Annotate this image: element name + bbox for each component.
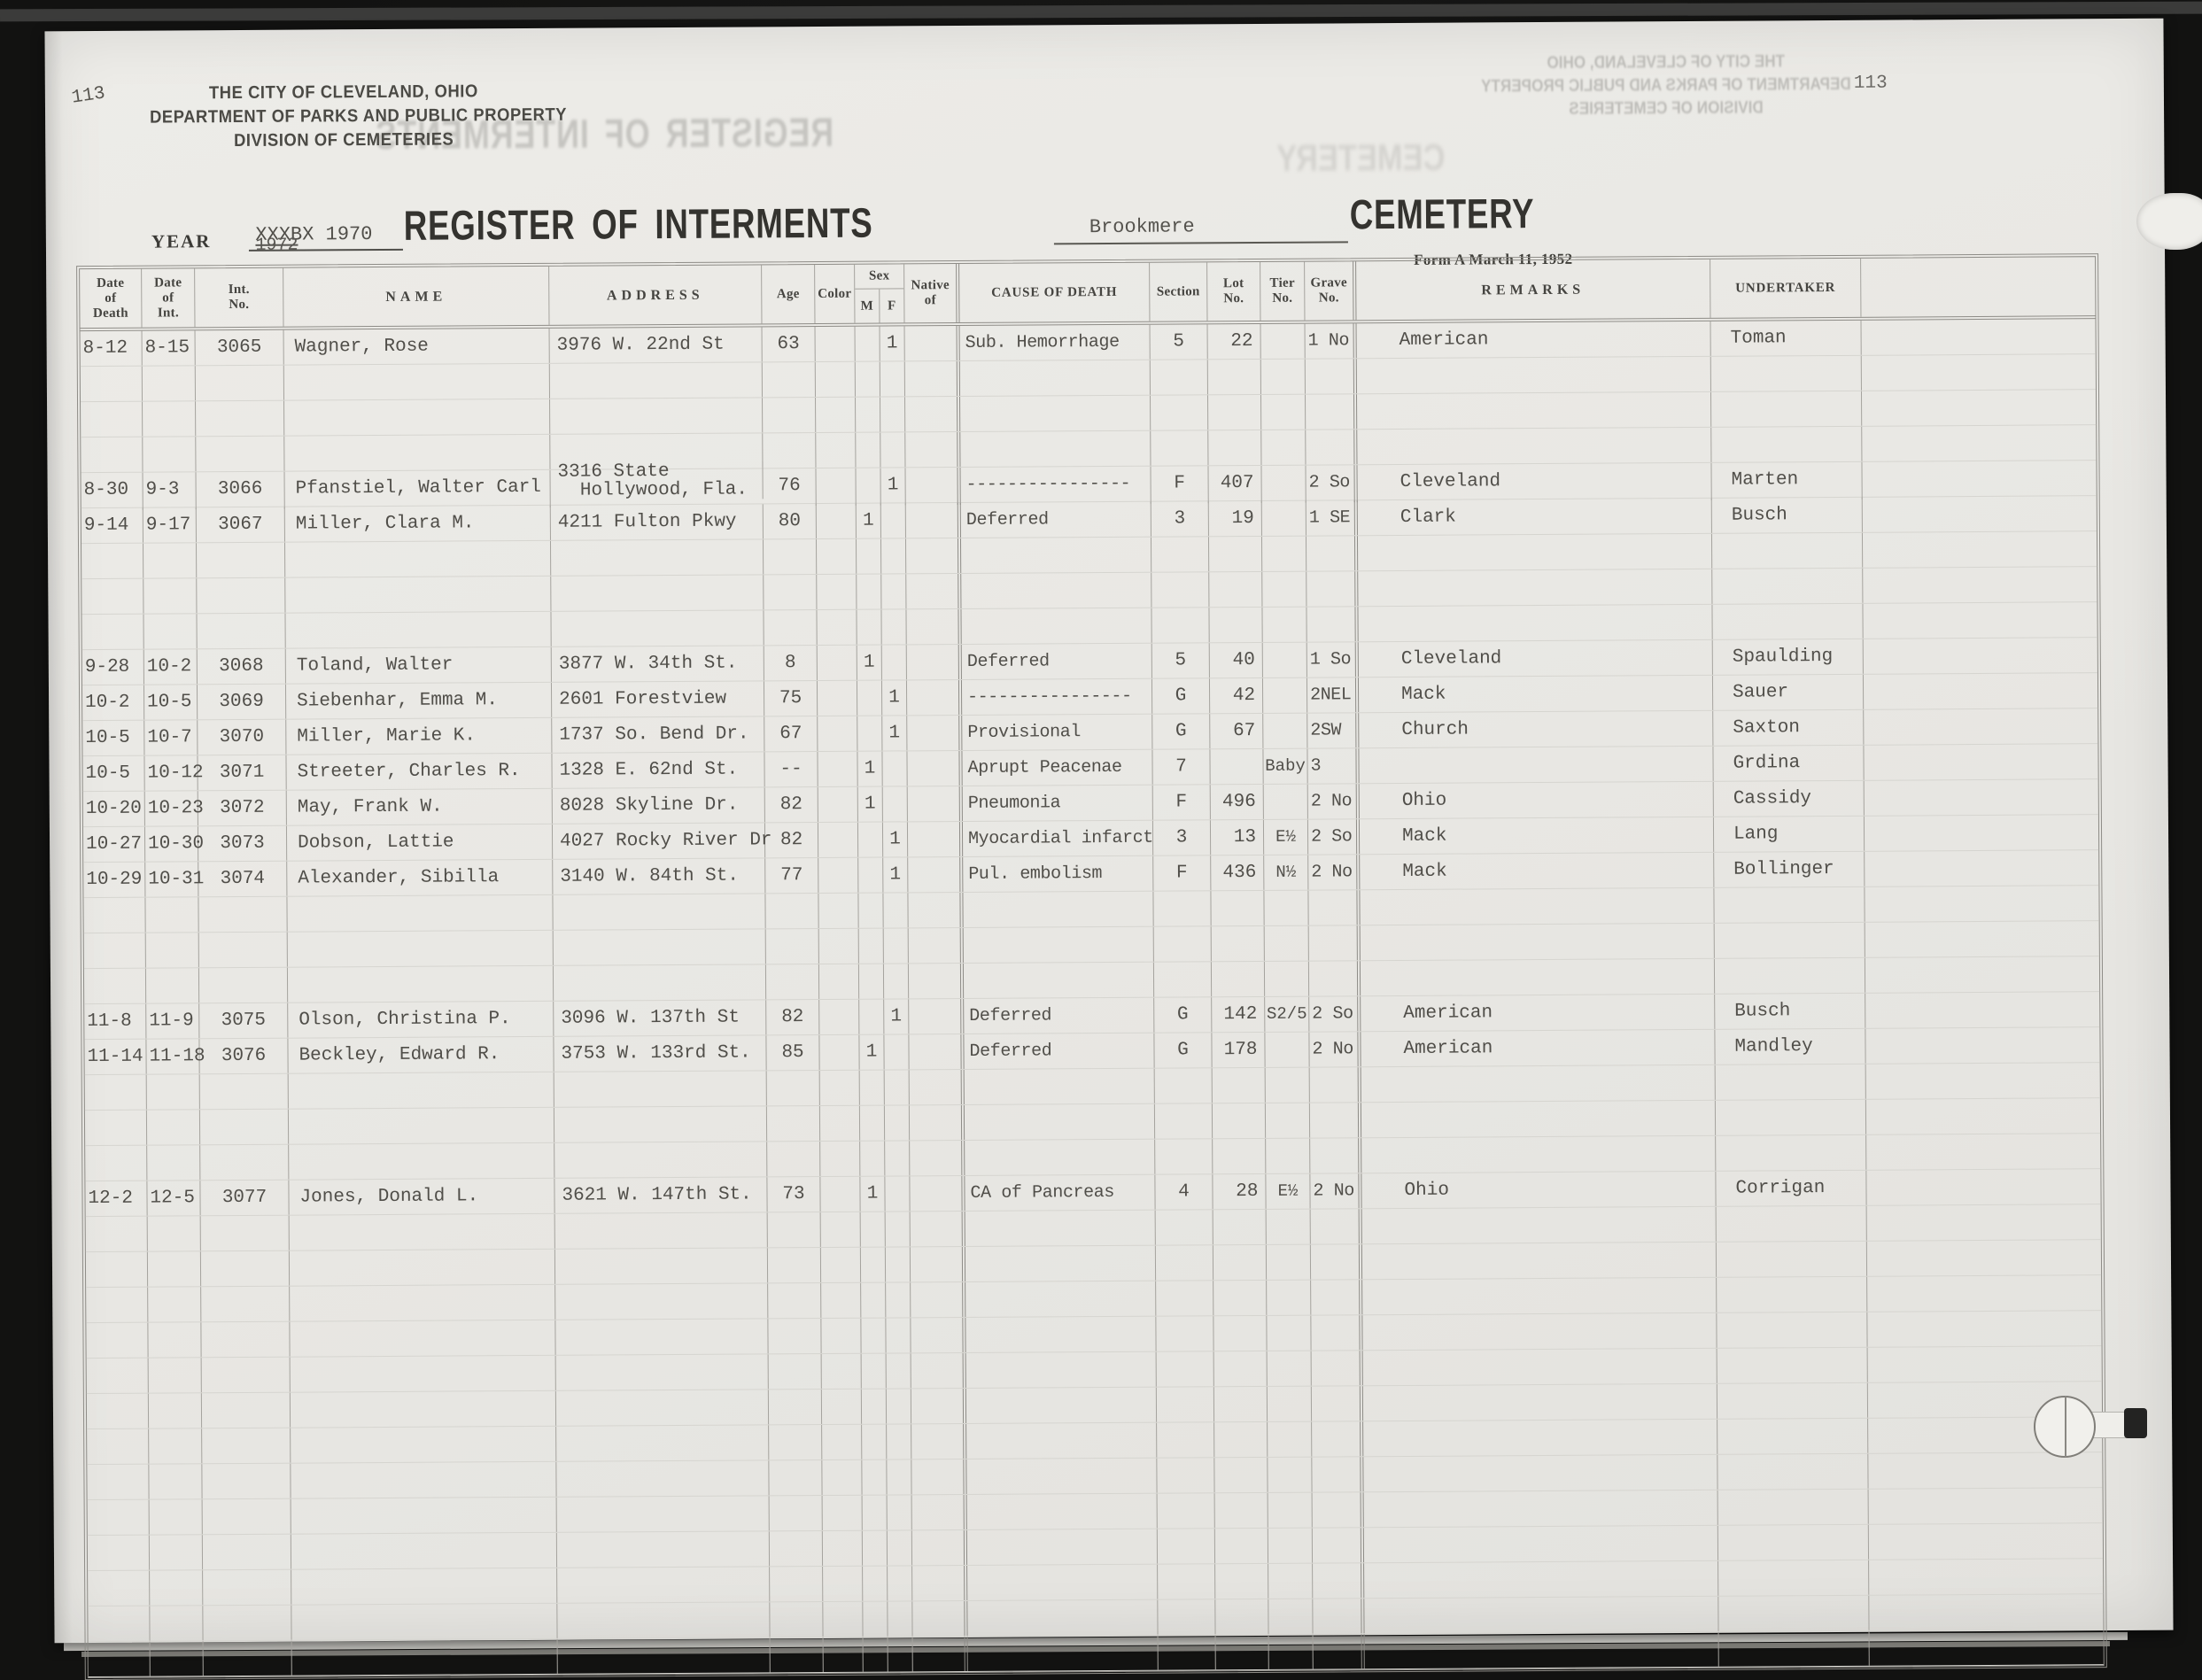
cell-name [292,1639,558,1656]
col-header-remarks: REMARKS [1356,259,1710,320]
cell-sex-f [884,1034,909,1069]
cell-name [285,541,551,577]
cell-address [554,929,766,964]
cell-age [770,1531,823,1566]
cell-tier-no: Baby [1263,749,1307,784]
year-row: YEAR XXXBX 1970 1972 [151,223,403,253]
cell-name [290,1214,555,1250]
cell-tier-no [1268,1564,1313,1599]
cell-date-of-death [81,579,143,614]
cell-tail [1869,1488,2103,1524]
cell-date-of-death [81,437,143,472]
cell-sex-m [861,1212,886,1247]
cell-tail [1867,1311,2101,1347]
agency-letterhead: THE CITY OF CLEVELAND, OHIO DEPARTMENT O… [150,80,538,154]
cell-grave-no [1310,1103,1361,1137]
cell-date-of-int [147,1110,200,1144]
cell-tier-no [1265,926,1309,961]
cell-undertaker: Corrigan [1716,1171,1866,1206]
cell-int-no [197,543,285,578]
cell-sex-f [882,645,907,679]
cell-int-no [202,1358,291,1393]
cell-sex-m [859,1000,884,1034]
cell-age [769,1390,822,1424]
cell-sex-m [858,823,883,857]
cell-name: Alexander, Sibilla [287,860,553,896]
cell-name [284,435,550,471]
cell-sex-f: 1 [880,468,905,505]
cell-tail [1864,744,2097,780]
cell-color [819,1035,859,1070]
cell-address [554,1071,767,1106]
cell-tail [1865,956,2099,993]
cell-sex-m [861,1283,886,1318]
cell-cause-of-death [961,608,1151,644]
cell-native-of [909,928,964,963]
cell-native-of [905,326,960,360]
cell-address: 3877 W. 34th St. [552,646,764,681]
cell-color [818,858,858,893]
cell-sex-f [885,1176,910,1211]
cell-tail [1866,1063,2100,1099]
cell-cause-of-death [960,396,1151,431]
cell-date-of-death [87,1359,149,1393]
cell-date-of-death [87,1465,149,1499]
cell-name [285,577,551,613]
cell-cause-of-death: Deferred [962,644,1152,679]
cell-address: 3316 State Hollywood, Fla. [550,461,763,499]
cell-sex-f [887,1353,911,1388]
cell-int-no [201,1216,290,1251]
cell-native-of [910,1141,965,1175]
cell-date-of-int [150,1499,203,1534]
cell-remarks: American [1357,321,1711,358]
cell-date-of-int [150,1606,203,1640]
cell-sex-m: 1 [858,787,883,822]
cell-date-of-death [86,1217,148,1251]
cell-int-no: 3065 [196,330,284,366]
cell-tail [1865,815,2098,851]
cell-age [766,964,819,999]
cell-date-of-int [143,366,196,400]
cell-remarks: Mack [1360,817,1714,854]
cell-remarks [1362,1243,1717,1279]
cell-tail [1862,354,2096,391]
cell-date-of-death: 11-14 [84,1040,146,1074]
cell-lot-no: 40 [1210,643,1263,677]
cell-sex-m [860,1142,885,1176]
cell-remarks [1357,428,1711,464]
cell-lot-no [1215,1564,1268,1599]
cell-color [818,681,857,716]
cell-color [823,1496,863,1530]
cell-date-of-death: 10-29 [83,863,145,897]
cell-undertaker: Spaulding [1713,639,1864,675]
cell-name [284,364,550,400]
cell-sex-m [859,929,884,964]
cell-date-of-int [147,1074,200,1109]
cell-remarks [1361,924,1715,960]
cell-age [770,1567,823,1601]
cell-cause-of-death: Pneumonia [963,786,1153,821]
cell-sex-f [888,1530,912,1565]
cell-age: 85 [766,1035,819,1070]
cell-date-of-int [148,1216,201,1250]
cell-cause-of-death [967,1600,1158,1636]
cell-cause-of-death [967,1494,1158,1529]
cell-native-of [911,1424,966,1459]
cell-tail [1870,1630,2104,1656]
cell-address [554,1142,767,1177]
cell-tier-no: E½ [1266,1174,1310,1209]
cell-age [767,1106,820,1141]
cell-remarks [1362,1278,1717,1314]
cell-lot-no [1213,1103,1266,1138]
cell-name: Miller, Clara M. [285,506,551,542]
cell-sex-f [886,1318,911,1352]
cell-date-of-death: 9-28 [82,650,144,685]
cell-native-of [907,751,962,786]
cell-date-of-death: 9-14 [81,508,143,543]
cell-color [816,398,856,432]
cell-tier-no [1264,891,1308,925]
cell-native-of [906,574,961,608]
binder-post-cap [2124,1408,2147,1438]
cell-grave-no [1313,1599,1364,1633]
cell-date-of-int: 10-30 [145,826,198,861]
cell-cause-of-death: Aprupt Peacenae [962,750,1152,786]
cell-sex-f [887,1459,911,1494]
binder-ring-top [2136,193,2202,250]
cell-date-of-death [88,1500,150,1535]
cell-age: 80 [764,504,817,538]
cell-tail [1866,1098,2100,1134]
cell-date-of-death: 11-8 [84,1004,146,1039]
cell-section [1155,1139,1213,1173]
cell-section: F [1153,855,1211,890]
cell-cause-of-death [960,360,1151,396]
cell-color [823,1531,863,1566]
cell-int-no [196,366,284,401]
year-label: YEAR [151,224,212,252]
cell-date-of-int [150,1535,203,1569]
cell-date-of-int [143,578,197,613]
cell-section: G [1154,1033,1212,1067]
cell-address [556,1354,769,1390]
register-table: Date of Death Date of Int. Int. No. NAME… [76,253,2107,1656]
cell-native-of [911,1247,965,1281]
cell-sex-f [888,1637,913,1656]
cell-native-of [909,1034,964,1069]
cell-undertaker [1717,1419,1868,1454]
cell-grave-no: 2 No [1309,1032,1361,1066]
col-header-date-of-int: Date of Int. [142,268,195,327]
col-header-sex-f: F [879,289,903,322]
cell-color [818,787,858,822]
cell-grave-no [1312,1457,1363,1491]
cell-date-of-int: 10-31 [145,862,198,896]
cell-remarks: Ohio [1360,782,1714,818]
cell-lot-no: 19 [1209,501,1262,536]
cell-address: 1737 So. Bend Dr. [552,716,764,752]
col-header-sex: Sex M F [855,264,904,322]
cell-tier-no [1268,1599,1313,1634]
cell-grave-no [1313,1563,1364,1598]
cell-sex-f [883,786,908,821]
cell-address [554,964,766,1000]
cell-name [284,399,550,436]
cell-tail [1864,708,2097,745]
cell-address [557,1602,770,1637]
col-header-blank [1861,257,2095,317]
cell-tier-no [1262,537,1306,571]
cell-int-no [197,614,285,649]
cell-section [1151,430,1208,465]
cell-date-of-int: 11-9 [146,1003,199,1038]
scanned-page-background: 113 113 THE CITY OF CLEVELAND, OHIO DEPA… [0,0,2202,1656]
cell-lot-no: 13 [1211,820,1264,855]
cell-tail [1863,496,2097,532]
cell-remarks [1357,357,1711,393]
cell-native-of [909,999,964,1034]
cell-tail [1861,319,2095,355]
cell-address [550,362,763,398]
cell-grave-no [1308,890,1360,925]
cell-tail [1865,1027,2099,1064]
cell-color [817,610,857,645]
cell-sex-f [884,964,909,998]
cell-date-of-int [149,1393,202,1428]
cell-name: Olson, Christina P. [288,1002,554,1038]
cell-grave-no: 2NEL [1307,677,1359,712]
cell-color [822,1460,862,1495]
cell-undertaker: Saxton [1713,710,1864,746]
cell-undertaker [1717,1206,1867,1242]
cell-age [768,1212,821,1247]
cell-date-of-int: 10-2 [144,649,198,684]
cell-color [819,929,859,964]
cell-int-no [203,1535,291,1570]
cell-address [557,1496,770,1531]
cell-address [551,539,764,575]
cell-sex-m [857,716,882,751]
cell-section [1155,1068,1213,1103]
cell-tail [1868,1452,2102,1489]
cell-remarks [1363,1384,1717,1421]
cell-lot-no [1208,430,1261,465]
cell-grave-no [1313,1528,1364,1562]
cell-native-of [912,1530,967,1565]
cell-date-of-death: 10-2 [82,685,144,720]
cell-remarks: Cleveland [1359,640,1713,677]
cell-remarks [1363,1349,1717,1385]
cell-address: 3976 W. 22nd St [550,327,763,362]
cell-lot-no [1213,1210,1267,1244]
cell-name [289,1108,554,1144]
cell-address [558,1637,771,1656]
cell-grave-no: 2 No [1310,1173,1361,1208]
cell-date-of-death: 10-5 [82,721,144,755]
cell-name: Siebenhar, Emma M. [286,683,552,719]
cell-tier-no: N½ [1264,855,1308,890]
cell-undertaker [1717,1454,1868,1490]
cell-undertaker [1715,923,1865,958]
cell-native-of [905,468,960,505]
cell-sex-m [857,539,881,574]
cell-cause-of-death [967,1529,1158,1565]
agency-line-division: DIVISION OF CEMETERIES [150,128,538,154]
cell-color [820,1106,860,1141]
cell-tail [1862,425,2096,461]
cell-undertaker [1711,356,1862,391]
cell-tier-no [1266,1103,1310,1138]
cell-sex-m: 1 [859,1035,884,1070]
cell-sex-f [880,397,905,431]
cell-int-no [203,1499,291,1535]
col-header-grave-no: Grave No. [1305,261,1356,320]
cell-grave-no: 1 No [1306,323,1357,358]
cell-date-of-int [150,1570,203,1605]
cell-section: 4 [1155,1174,1213,1209]
cell-sex-f: 1 [883,857,908,892]
cell-section [1156,1281,1213,1315]
cell-int-no [196,437,284,472]
cell-date-of-int [148,1287,201,1321]
cell-grave-no: 2 So [1306,465,1357,502]
cell-sex-m [862,1354,887,1389]
cell-age: 63 [763,327,816,361]
cell-color [816,362,856,397]
cell-native-of [911,1389,966,1423]
cell-cause-of-death [965,1211,1156,1246]
cell-tier-no [1263,714,1307,748]
cell-remarks: Cleveland [1357,463,1711,502]
cell-lot-no [1215,1599,1268,1634]
cell-tier-no [1262,608,1306,642]
cell-date-of-death [88,1571,150,1606]
cell-color [819,964,859,999]
cell-date-of-death [84,933,146,968]
cell-remarks [1362,1207,1717,1243]
cell-native-of [911,1318,965,1352]
cell-age: 77 [765,858,818,893]
cell-lot-no: 407 [1208,466,1261,503]
agency-line-department: DEPARTMENT OF PARKS AND PUBLIC PROPERTY [150,104,538,130]
cell-grave-no [1310,1067,1361,1102]
cell-cause-of-death: Sub. Hemorrhage [960,325,1151,360]
cell-native-of [908,822,963,856]
cell-lot-no [1213,1316,1267,1351]
cell-grave-no: 2 So [1308,819,1360,854]
cell-undertaker [1711,427,1862,462]
cell-address: 2601 Forestview [552,681,764,716]
cell-lot-no [1208,395,1261,430]
cell-lot-no: 22 [1208,324,1261,359]
cell-tier-no [1261,466,1306,503]
cell-native-of [911,1459,966,1494]
cell-name: Beckley, Edward R. [288,1037,554,1073]
cell-tail [1863,602,2097,639]
cell-date-of-death [86,1323,148,1358]
cell-lot-no [1209,608,1262,642]
cell-name [287,895,553,932]
cell-grave-no: 1 So [1307,642,1359,677]
cell-remarks: Clark [1358,499,1712,535]
cell-remarks: Church [1359,711,1713,747]
cell-remarks [1358,605,1712,641]
cell-remarks [1359,747,1713,783]
cell-address [556,1390,769,1425]
cell-int-no: 3077 [200,1181,289,1216]
cell-lot-no [1208,360,1261,394]
cell-date-of-int [146,933,199,967]
cell-remarks: Mack [1359,676,1713,712]
cell-sex-f [882,751,907,786]
cell-int-no [198,897,287,933]
cell-age [769,1354,822,1389]
cell-tier-no [1267,1245,1311,1280]
cell-undertaker [1717,1312,1867,1348]
cell-age [768,1248,821,1282]
cell-name [290,1250,555,1286]
cell-lot-no [1212,962,1265,996]
cell-date-of-death: 10-20 [83,792,145,826]
cell-color [821,1248,861,1282]
cell-native-of [908,786,963,821]
cell-section [1156,1245,1213,1280]
cell-color [818,894,858,928]
cell-cause-of-death [965,1104,1155,1140]
cell-date-of-death [87,1394,149,1428]
cell-grave-no: 2 No [1308,855,1360,889]
cell-int-no [202,1393,291,1428]
cell-date-of-death: 10-27 [83,827,145,862]
cell-grave-no [1306,430,1357,464]
cell-remarks [1361,959,1715,995]
cell-lot-no [1213,1139,1266,1173]
cell-address [551,575,764,610]
cell-lot-no [1214,1387,1268,1421]
cell-remarks: Mack [1360,853,1714,889]
cell-date-of-int: 12-5 [147,1181,200,1215]
cell-date-of-int: 8-15 [143,330,196,365]
cell-undertaker [1715,958,1865,994]
cell-name [291,1604,557,1640]
cell-int-no [204,1641,292,1656]
cell-cause-of-death [966,1352,1157,1388]
cell-undertaker: Marten [1711,462,1862,500]
cell-native-of [912,1601,967,1636]
cell-grave-no: 1 SE [1306,500,1358,535]
cell-grave-no [1312,1386,1363,1421]
cell-tail [1866,1134,2100,1170]
cell-date-of-death [86,1288,148,1322]
cell-section: 7 [1152,749,1210,784]
cell-section [1151,608,1209,642]
cell-address: 3140 W. 84th St. [553,858,765,894]
cell-native-of [908,893,963,927]
cell-date-of-int [147,1145,200,1180]
bleedthrough-agency-line: DIVISION OF CEMETERIES [1451,97,1881,122]
cell-undertaker [1716,1135,1866,1171]
cell-undertaker [1712,533,1863,569]
cell-date-of-death [89,1642,151,1656]
cell-date-of-int: 10-7 [144,720,198,755]
cell-int-no [202,1428,291,1464]
cell-native-of [906,538,961,573]
background-sheet-edge-top [0,2,2202,22]
cell-age [769,1460,822,1495]
